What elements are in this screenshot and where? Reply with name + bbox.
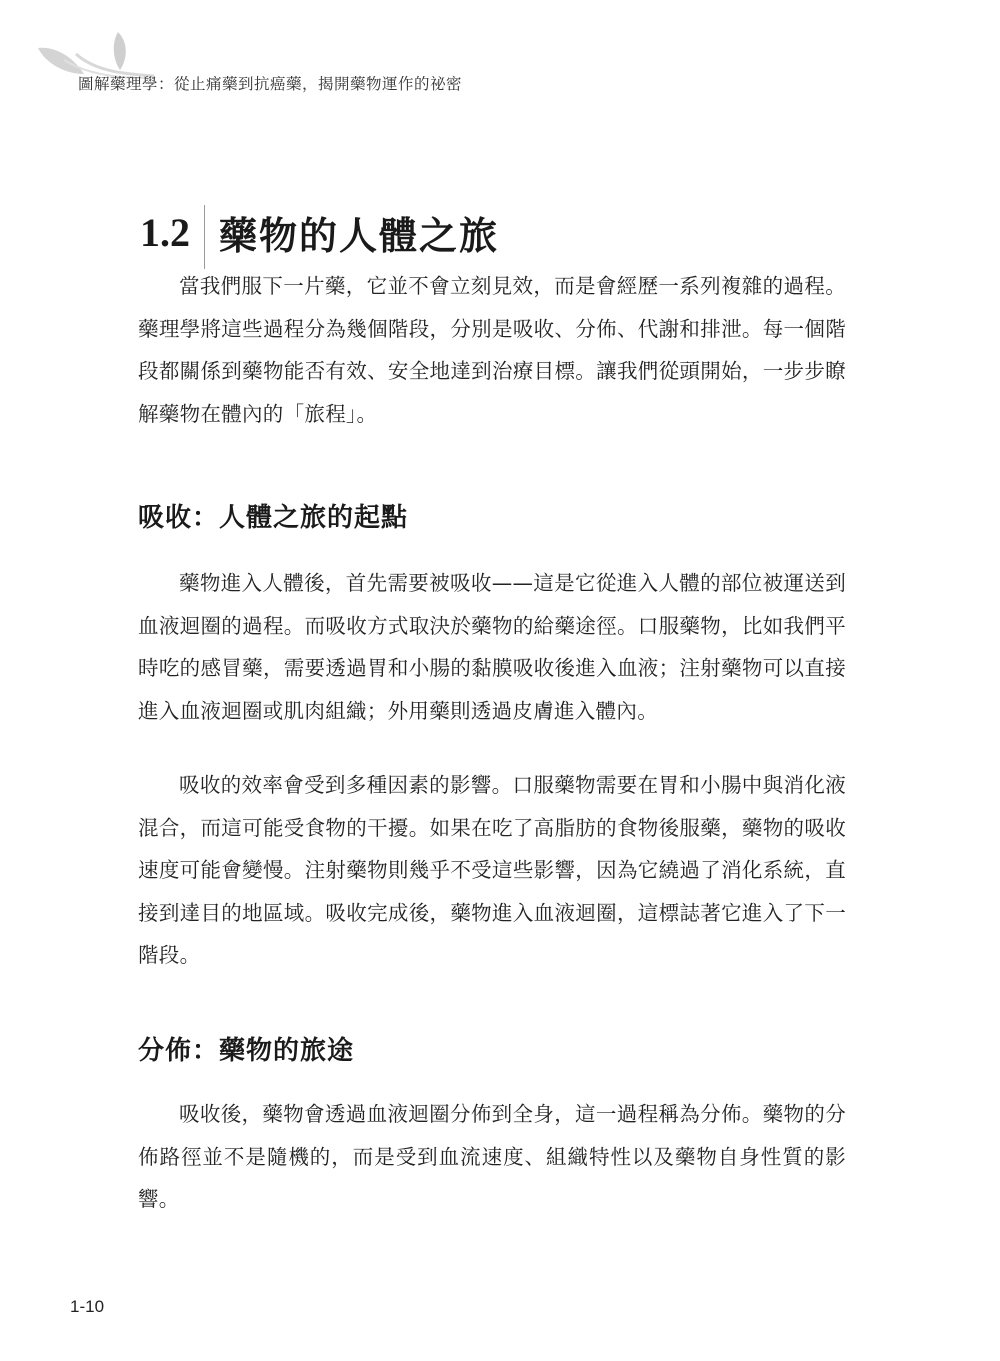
chapter-number: 1.2 <box>140 209 204 256</box>
running-head: 圖解藥理學：從止痛藥到抗癌藥，揭開藥物運作的祕密 <box>78 72 462 94</box>
page-number: 1-10 <box>70 1297 104 1317</box>
distribution-paragraph-1: 吸收後，藥物會透過血液迴圈分佈到全身，這一過程稱為分佈。藥物的分佈路徑並不是隨機… <box>138 1093 846 1221</box>
chapter-title: 1.2 藥物的人體之旅 <box>140 202 499 262</box>
absorption-paragraph-2: 吸收的效率會受到多種因素的影響。口服藥物需要在胃和小腸中與消化液混合，而這可能受… <box>138 764 846 977</box>
chapter-name: 藥物的人體之旅 <box>205 205 499 260</box>
intro-paragraph: 當我們服下一片藥，它並不會立刻見效，而是會經歷一系列複雜的過程。藥理學將這些過程… <box>138 265 846 435</box>
section-heading-distribution: 分佈：藥物的旅途 <box>138 1030 354 1067</box>
absorption-paragraph-1: 藥物進入人體後，首先需要被吸收——這是它從進入人體的部位被運送到血液迴圈的過程。… <box>138 562 846 732</box>
section-heading-absorption: 吸收：人體之旅的起點 <box>138 497 408 534</box>
